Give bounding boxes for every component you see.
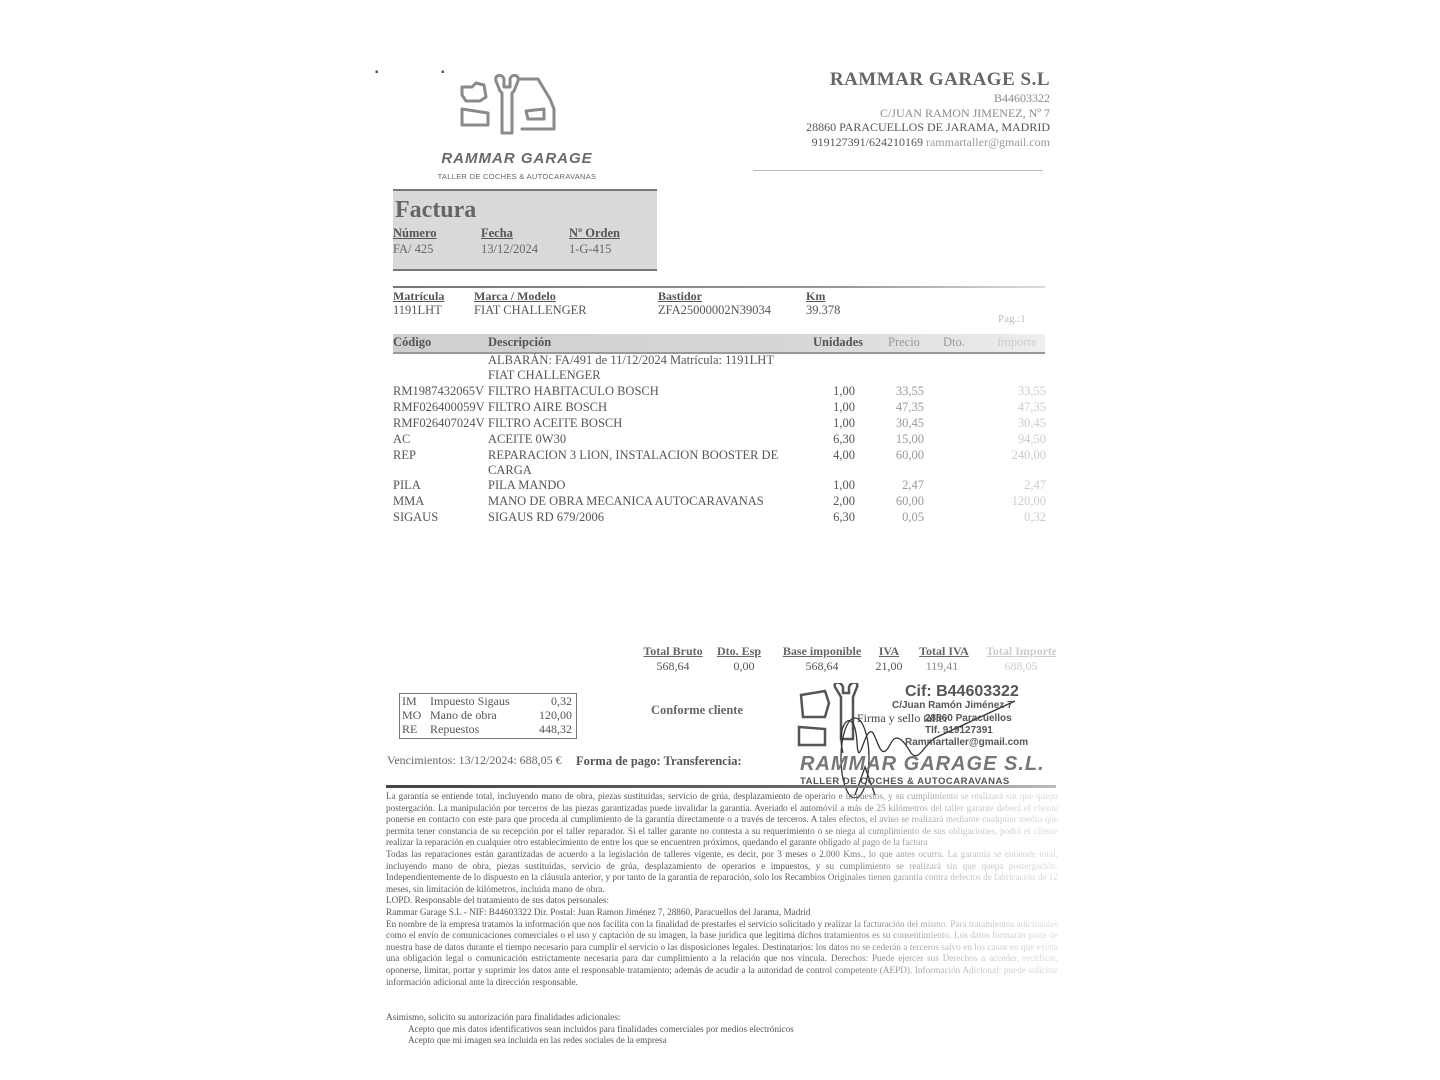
total-iva: 119,41 [914, 659, 970, 674]
stamp-name: RAMMAR GARAGE S.L. [800, 753, 1045, 776]
summary-value: 0,32 [551, 694, 572, 708]
stamp-city: 28860 Paracuellos [925, 713, 1012, 724]
legal-terms: La garantía se entiende total, incluyend… [386, 791, 1058, 988]
invoice-date: 13/12/2024 [481, 242, 538, 257]
invoice-order-label: Nº Orden [569, 226, 620, 241]
item-code: MMA [393, 494, 424, 509]
logo-name: RAMMAR GARAGE [412, 150, 622, 167]
iva-label: IVA [874, 644, 904, 659]
company-nif: B44603322 [730, 91, 1050, 106]
car-wrench-icon [458, 73, 558, 145]
summary-row: MOMano de obra120,00 [400, 708, 576, 722]
total-iva-label: Total IVA [914, 644, 974, 659]
company-phones: 919127391/624210169 [812, 135, 923, 149]
summary-row: RERepuestos448,32 [400, 722, 576, 736]
summary-code: IM [402, 694, 417, 708]
item-description: FILTRO ACEITE BOSCH [488, 416, 798, 431]
company-address: C/JUAN RAMON JIMENEZ, Nº 7 [730, 106, 1050, 121]
summary-label: Impuesto Sigaus [430, 694, 510, 708]
item-description: MANO DE OBRA MECANICA AUTOCARAVANAS [488, 494, 798, 509]
item-code: REP [393, 448, 416, 463]
item-price: 0,05 [883, 510, 924, 525]
col-unidades: Unidades [813, 335, 863, 350]
item-amount: 0,32 [998, 510, 1046, 525]
company-email: rammartaller@gmail.com [926, 135, 1050, 149]
item-price: 60,00 [883, 494, 924, 509]
consent-item-commercial: Acepto que mis datos identificativos sea… [386, 1024, 794, 1036]
lopd-details: En nombre de la empresa tratamos la info… [386, 919, 1058, 989]
iva: 21,00 [874, 659, 904, 674]
item-code: RM1987432065V [393, 384, 484, 399]
lopd-heading: LOPD. Responsable del tratamiento de sus… [386, 895, 1058, 907]
company-header: RAMMAR GARAGE S.L B44603322 C/JUAN RAMON… [730, 69, 1050, 149]
item-units: 1,00 [813, 416, 855, 431]
logo-tagline: TALLER DE COCHES & AUTOCARAVANAS [412, 172, 622, 181]
summary-value: 120,00 [539, 708, 572, 722]
model-label: Marca / Modelo [474, 289, 556, 304]
base-imponible-label: Base imponible [774, 644, 870, 659]
total-importe: 688,05 [986, 659, 1056, 674]
consent-intro: Asimismo, solicito su autorización para … [386, 1012, 794, 1024]
col-descripcion: Descripción [488, 335, 551, 350]
legal-divider [386, 785, 1056, 788]
company-contact: 919127391/624210169 rammartaller@gmail.c… [730, 135, 1050, 150]
header-divider [753, 170, 1043, 171]
item-price: 30,45 [883, 416, 924, 431]
summary-row: IMImpuesto Sigaus0,32 [400, 694, 576, 708]
company-city: 28860 PARACUELLOS DE JARAMA, MADRID [730, 120, 1050, 135]
total-importe-label: Total Importe [986, 644, 1056, 659]
invoice-number-label: Número [393, 226, 437, 241]
page-indicator: Pag.:1 [998, 313, 1026, 325]
item-code: RMF026400059V [393, 400, 485, 415]
item-description: PILA MANDO [488, 478, 798, 493]
item-amount: 240,00 [998, 448, 1046, 463]
item-amount: 120,00 [998, 494, 1046, 509]
summary-code: MO [402, 708, 421, 722]
item-description: REPARACION 3 LION, INSTALACION BOOSTER D… [488, 448, 798, 478]
item-units: 1,00 [813, 400, 855, 415]
dto-esp-label: Dto. Esp [714, 644, 764, 659]
col-precio: Precio [888, 335, 920, 350]
item-units: 1,00 [813, 384, 855, 399]
item-units: 1,00 [813, 478, 855, 493]
invoice-page: ▪ ▪ RAMMAR GARAGE TALLER DE COCHES & AUT… [370, 55, 1070, 1065]
consent-item-image: Acepto que mi imagen sea incluida en las… [386, 1035, 794, 1047]
invoice-number: FA/ 425 [393, 242, 433, 257]
item-amount: 47,35 [998, 400, 1046, 415]
company-stamp: Cif: B44603322 C/Juan Ramón Jiménez 7 Fi… [795, 683, 1055, 793]
item-description: FILTRO AIRE BOSCH [488, 400, 798, 415]
invoice-date-label: Fecha [481, 226, 513, 241]
vehicle-divider [393, 286, 1045, 288]
total-bruto: 568,64 [640, 659, 706, 674]
company-name: RAMMAR GARAGE S.L [730, 69, 1050, 91]
repair-guarantee-clause: Todas las reparaciones están garantizada… [386, 849, 1058, 895]
item-description: ACEITE 0W30 [488, 432, 798, 447]
item-price: 2,47 [883, 478, 924, 493]
base-imponible: 568,64 [774, 659, 870, 674]
item-units: 2,00 [813, 494, 855, 509]
summary-label: Mano de obra [430, 708, 497, 722]
vin-label: Bastidor [658, 289, 702, 304]
item-amount: 94,50 [998, 432, 1046, 447]
invoice-header-box: Factura Número Fecha Nº Orden FA/ 425 13… [393, 189, 657, 271]
summary-label: Repuestos [430, 722, 479, 736]
warranty-clause: La garantía se entiende total, incluyend… [386, 791, 1058, 849]
stamp-address: C/Juan Ramón Jiménez 7 [892, 700, 1013, 711]
invoice-title: Factura [395, 197, 476, 224]
item-description: ALBARÁN: FA/491 de 11/12/2024 Matrícula:… [488, 353, 798, 383]
item-code: SIGAUS [393, 510, 438, 525]
item-price: 33,55 [883, 384, 924, 399]
item-units: 6,30 [813, 432, 855, 447]
summary-code: RE [402, 722, 417, 736]
stamp-email: Rammartaller@gmail.com [905, 737, 1028, 748]
item-code: AC [393, 432, 410, 447]
plate-label: Matrícula [393, 289, 444, 304]
item-code: PILA [393, 478, 421, 493]
item-amount: 33,55 [998, 384, 1046, 399]
conforme-cliente-label: Conforme cliente [651, 703, 743, 718]
item-price: 60,00 [883, 448, 924, 463]
company-logo: RAMMAR GARAGE TALLER DE COCHES & AUTOCAR… [410, 73, 590, 173]
items-table-header: Código Descripción Unidades Precio Dto. … [393, 334, 1045, 354]
col-importe: Importe [997, 335, 1037, 350]
forma-de-pago: Forma de pago: Transferencia: [576, 754, 742, 769]
plate-value: 1191LHT [393, 303, 442, 318]
model-value: FIAT CHALLENGER [474, 303, 587, 318]
item-description: FILTRO HABITACULO BOSCH [488, 384, 798, 399]
km-value: 39.378 [806, 303, 840, 318]
km-label: Km [806, 289, 825, 304]
item-amount: 2,47 [998, 478, 1046, 493]
item-description: SIGAUS RD 679/2006 [488, 510, 798, 525]
consent-section: Asimismo, solicito su autorización para … [386, 1012, 794, 1047]
item-units: 4,00 [813, 448, 855, 463]
lopd-responsible: Rammar Garage S.L - NIF: B44603322 Dir. … [386, 907, 1058, 919]
stamp-cif: Cif: B44603322 [905, 683, 1019, 701]
col-dto: Dto. [943, 335, 965, 350]
item-amount: 30,45 [998, 416, 1046, 431]
dto-esp: 0,00 [714, 659, 774, 674]
vencimientos: Vencimientos: 13/12/2024: 688,05 € [387, 753, 562, 768]
invoice-order: 1-G-415 [569, 242, 611, 257]
total-bruto-label: Total Bruto [640, 644, 706, 659]
item-units: 6,30 [813, 510, 855, 525]
item-price: 15,00 [883, 432, 924, 447]
summary-box: IMImpuesto Sigaus0,32MOMano de obra120,0… [399, 693, 577, 739]
item-price: 47,35 [883, 400, 924, 415]
stamp-tel: Tlf. 919127391 [925, 725, 993, 736]
summary-value: 448,32 [539, 722, 572, 736]
col-codigo: Código [393, 335, 431, 350]
item-code: RMF026407024V [393, 416, 485, 431]
vin-value: ZFA25000002N39034 [658, 303, 771, 318]
